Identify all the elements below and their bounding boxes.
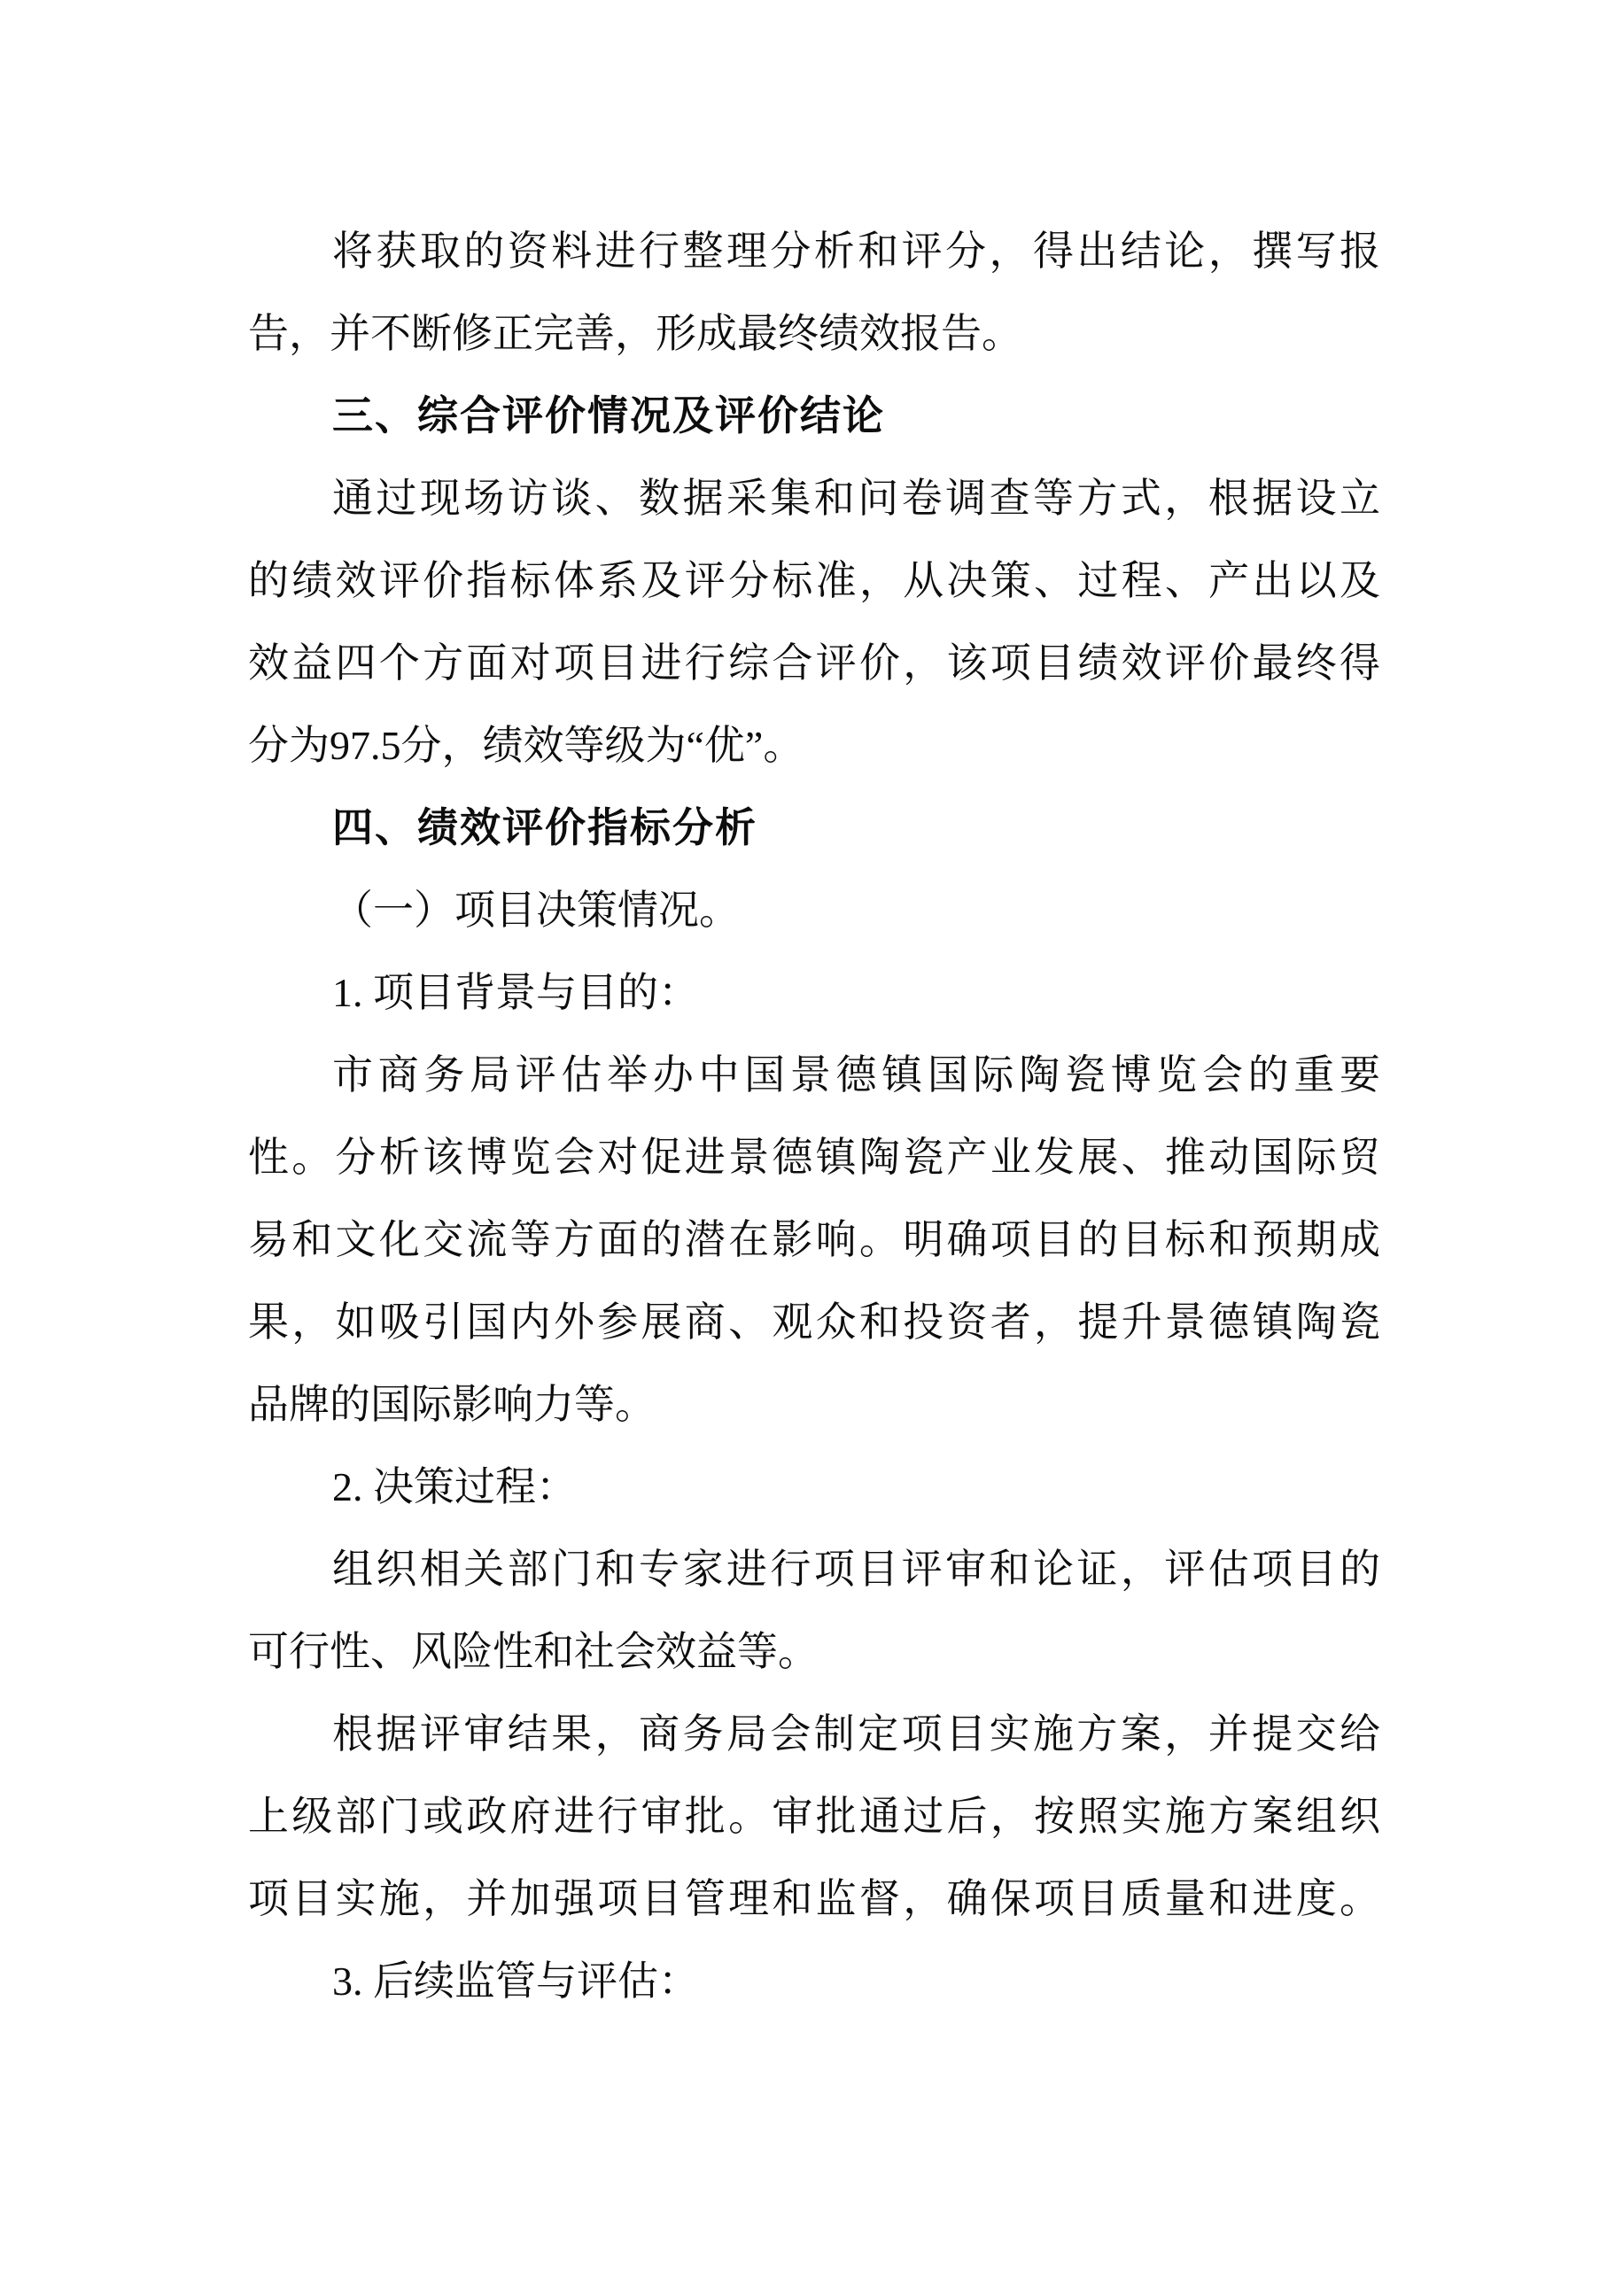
document-body: 将获取的资料进行整理分析和评分，得出结论，撰写报 告，并不断修正完善，形成最终绩… <box>248 210 1380 2022</box>
paragraph-line: 果，如吸引国内外参展商、观众和投资者，提升景德镇陶瓷 <box>248 1281 1380 1363</box>
numbered-item-title: 2. 决策过程： <box>248 1446 1380 1528</box>
numbered-item-title: 1. 项目背景与目的： <box>248 951 1380 1034</box>
section-heading-3: 三、综合评价情况及评价结论 <box>248 375 1380 457</box>
paragraph-line: 组织相关部门和专家进行项目评审和论证，评估项目的 <box>248 1528 1380 1610</box>
paragraph-line: 性。分析该博览会对促进景德镇陶瓷产业发展、推动国际贸 <box>248 1116 1380 1198</box>
paragraph-line: 上级部门或政府进行审批。审批通过后，按照实施方案组织 <box>248 1775 1380 1858</box>
paragraph-line: 告，并不断修正完善，形成最终绩效报告。 <box>248 292 1380 375</box>
paragraph-line: 品牌的国际影响力等。 <box>248 1363 1380 1446</box>
paragraph-line: 市商务局评估举办中国景德镇国际陶瓷博览会的重要 <box>248 1034 1380 1116</box>
paragraph-line: 易和文化交流等方面的潜在影响。明确项目的目标和预期成 <box>248 1198 1380 1281</box>
paragraph-line final-score-line: 分为97.5分，绩效等级为“优”。 <box>248 704 1380 787</box>
subsection-title: （一）项目决策情况。 <box>248 869 1380 951</box>
paragraph-line: 将获取的资料进行整理分析和评分，得出结论，撰写报 <box>248 210 1380 292</box>
paragraph-line: 通过现场访谈、数据采集和问卷调查等方式，根据设立 <box>248 457 1380 539</box>
paragraph-line: 根据评审结果，商务局会制定项目实施方案，并提交给 <box>248 1693 1380 1775</box>
paragraph-line: 可行性、风险性和社会效益等。 <box>248 1610 1380 1693</box>
document-page: 将获取的资料进行整理分析和评分，得出结论，撰写报 告，并不断修正完善，形成最终绩… <box>0 0 1623 2296</box>
numbered-item-title: 3. 后续监管与评估： <box>248 1940 1380 2022</box>
paragraph-line: 项目实施，并加强项目管理和监督，确保项目质量和进度。 <box>248 1858 1380 1940</box>
paragraph-line: 的绩效评价指标体系及评分标准，从决策、过程、产出以及 <box>248 539 1380 622</box>
section-heading-4: 四、绩效评价指标分析 <box>248 787 1380 869</box>
paragraph-line: 效益四个方面对项目进行综合评价，该项目绩效评价最终得 <box>248 622 1380 704</box>
